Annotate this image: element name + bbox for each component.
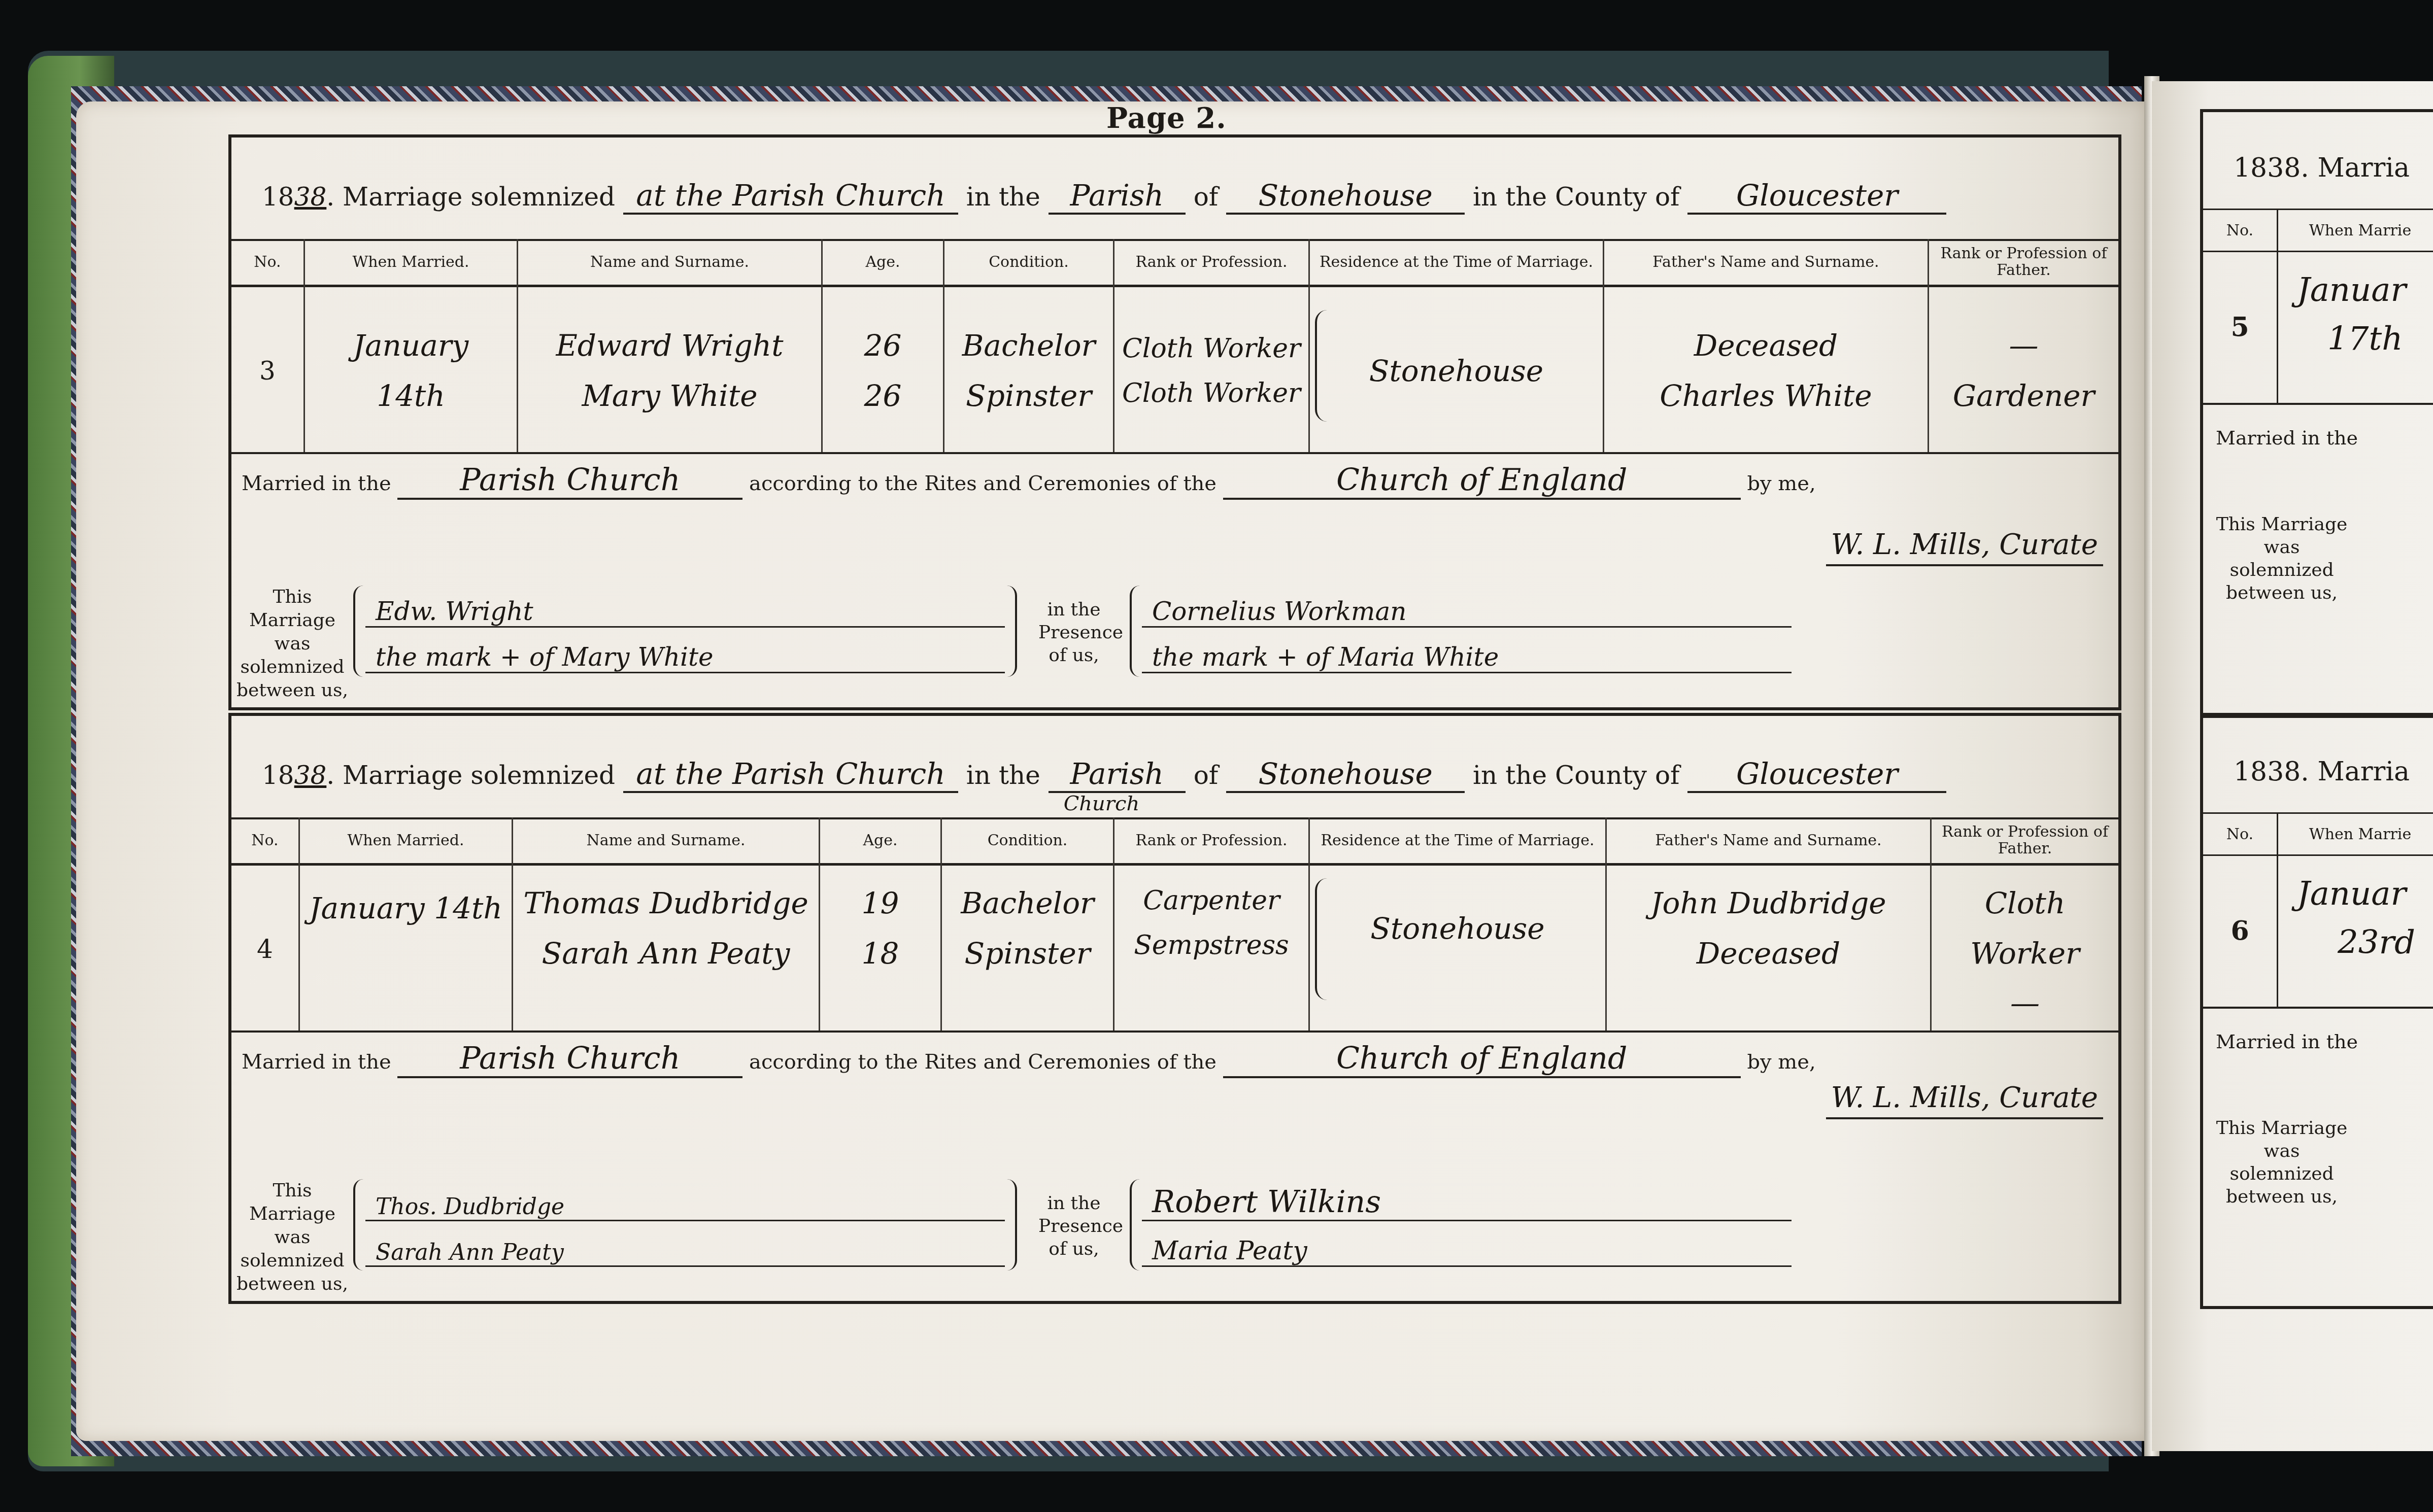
date: January 14th <box>300 868 512 1030</box>
col-father-rank: Rank or Profession of Father. Cloth Work… <box>1932 817 2118 1030</box>
parties-signatures: Thos. Dudbridge Sarah Ann Peaty <box>353 1179 1017 1270</box>
groom-father-rank: — <box>2009 321 2039 371</box>
col-when-married: When Married. January 14th <box>300 817 513 1030</box>
bride-name: Sarah Ann Peaty <box>542 929 790 979</box>
entry-number: 5 <box>2203 251 2277 403</box>
county-name: Gloucester <box>1687 757 1946 793</box>
entry-header: 1838. Marriage solemnized at the Parish … <box>231 138 2118 241</box>
witness-1: Robert Wilkins <box>1142 1179 1792 1221</box>
col-when-married: When Married. January14th <box>305 239 518 452</box>
groom-father: John Dudbridge <box>1650 878 1886 929</box>
this-marriage-label: This Marriagewassolemnizedbetween us, <box>2208 1117 2355 1208</box>
groom-father: Deceased <box>1694 321 1838 371</box>
bride-age: 18 <box>862 929 899 979</box>
residence: Stonehouse <box>1310 290 1603 452</box>
married-in-line: Married in the Parish Church according t… <box>242 462 2108 523</box>
witness-2: Maria Peaty <box>1142 1225 1792 1267</box>
col-condition: Condition. BachelorSpinster <box>944 239 1114 452</box>
this-marriage-label: This Marriagewassolemnizedbetween us, <box>236 1179 348 1296</box>
parties-signatures: Edw. Wright the mark + of Mary White <box>353 586 1017 677</box>
year-prefix: 18 <box>262 182 294 212</box>
signatures: This Marriagewassolemnizedbetween us, Th… <box>236 1169 2113 1291</box>
groom-condition: Bachelor <box>961 878 1094 929</box>
col-age: Age. 1918 <box>820 817 942 1030</box>
married-in-place: Parish Church <box>397 462 742 500</box>
groom-father-rank: Cloth Worker <box>1932 878 2118 978</box>
district-note: Church <box>1064 792 1139 815</box>
date-day: 14th <box>377 371 445 421</box>
in-presence-label: in thePresenceof us, <box>1038 1192 1109 1260</box>
col-age: Age. 2626 <box>823 239 944 452</box>
col-rank: Rank or Profession. CarpenterSempstress <box>1114 817 1310 1030</box>
entry-number: 3 <box>231 290 303 452</box>
entry-number: 4 <box>231 868 298 1030</box>
of-label: of <box>1194 182 1219 212</box>
entry-table: No. 4 When Married. January 14th Name an… <box>231 817 2118 1033</box>
parish-name: Stonehouse <box>1226 178 1465 215</box>
officiant-signature: W. L. Mills, Curate <box>1826 528 2103 566</box>
year-suffix: 38 <box>294 761 327 790</box>
col-no: No. 3 <box>231 239 305 452</box>
officiant-signature: W. L. Mills, Curate <box>1826 1081 2103 1119</box>
this-marriage-label: This Marriagewassolemnizedbetween us, <box>236 586 348 702</box>
groom-age: 19 <box>862 878 899 929</box>
bride-father: Charles White <box>1660 371 1872 421</box>
parish-name: Stonehouse <box>1226 757 1465 793</box>
solemnized-at: at the Parish Church <box>623 178 958 215</box>
county-name: Gloucester <box>1687 178 1946 215</box>
rites-of: Church of England <box>1223 462 1741 500</box>
entry-number: 6 <box>2203 854 2277 1007</box>
col-residence: Residence at the Time of Marriage. Stone… <box>1310 239 1604 452</box>
col-father-name: Father's Name and Surname. DeceasedCharl… <box>1604 239 1929 452</box>
bride-condition: Spinster <box>966 371 1092 421</box>
year-suffix: 38 <box>294 182 327 212</box>
col-residence: Residence at the Time of Marriage. Stone… <box>1310 817 1607 1030</box>
bride-father-rank: Gardener <box>1953 371 2095 421</box>
residence: Stonehouse <box>1310 868 1605 1030</box>
rites-of: Church of England <box>1223 1041 1741 1078</box>
entry-table: No. 3 When Married. January14th Name and… <box>231 239 2118 454</box>
col-father-name: Father's Name and Surname. John Dudbridg… <box>1607 817 1932 1030</box>
bride-signature: Sarah Ann Peaty <box>365 1225 1005 1267</box>
right-page-entry-6: 1838. Marria No.6 When MarrieJanuar23rd … <box>2200 713 2433 1309</box>
groom-signature: Thos. Dudbridge <box>365 1179 1005 1221</box>
in-the-label: in the <box>966 182 1040 212</box>
page-title: Page 2. <box>1106 101 1227 135</box>
groom-signature: Edw. Wright <box>365 586 1005 628</box>
groom-age: 26 <box>864 321 902 371</box>
col-name: Name and Surname. Edward WrightMary Whit… <box>518 239 823 452</box>
bride-signature: the mark + of Mary White <box>365 631 1005 673</box>
col-father-rank: Rank or Profession of Father. —Gardener <box>1929 239 2118 452</box>
marriage-entry-4: 1838. Marriage solemnized at the Parish … <box>228 713 2121 1304</box>
in-presence-label: in thePresenceof us, <box>1038 598 1109 667</box>
groom-rank: Carpenter <box>1143 878 1280 923</box>
county-label: in the County <box>1473 182 1647 212</box>
witness-2: the mark + of Maria White <box>1142 631 1792 673</box>
signatures: This Marriagewassolemnizedbetween us, Ed… <box>236 575 2113 697</box>
this-marriage-label: This Marriagewassolemnizedbetween us, <box>2208 513 2355 604</box>
married-in-place: Parish Church <box>397 1041 742 1078</box>
bride-father-rank: — <box>2010 978 2040 1028</box>
district-type: Parish <box>1049 178 1186 215</box>
bride-rank: Sempstress <box>1134 923 1289 968</box>
bride-age: 26 <box>864 371 902 421</box>
bride-condition: Spinster <box>965 929 1091 979</box>
witnesses-signatures: Cornelius Workman the mark + of Maria Wh… <box>1130 586 1802 677</box>
bride-name: Mary White <box>582 371 757 421</box>
groom-name: Edward Wright <box>556 321 783 371</box>
col-condition: Condition. BachelorSpinster <box>942 817 1114 1030</box>
bride-rank: Cloth Worker <box>1122 371 1301 416</box>
groom-condition: Bachelor <box>962 321 1096 371</box>
witness-1: Cornelius Workman <box>1142 586 1792 628</box>
date-month: January <box>353 321 469 371</box>
entry-header: 1838. Marriage solemnized at the Parish … <box>231 716 2118 819</box>
witnesses-signatures: Robert Wilkins Maria Peaty <box>1130 1179 1802 1270</box>
bride-father: Deceased <box>1697 929 1840 979</box>
col-no: No. 4 <box>231 817 300 1030</box>
solemnized-at: at the Parish Church <box>623 757 958 793</box>
col-name: Name and Surname. Thomas DudbridgeSarah … <box>513 817 820 1030</box>
right-page-entry-5: 1838. Marria No.5 When MarrieJanuar17th … <box>2200 109 2433 718</box>
solemnized-label: . Marriage solemnized <box>326 182 615 212</box>
groom-name: Thomas Dudbridge <box>523 878 808 929</box>
groom-rank: Cloth Worker <box>1122 326 1301 371</box>
marriage-entry-3: 1838. Marriage solemnized at the Parish … <box>228 134 2121 710</box>
district-type: ParishChurch <box>1049 757 1186 793</box>
of-label: of <box>1655 182 1680 212</box>
col-rank: Rank or Profession. Cloth WorkerCloth Wo… <box>1114 239 1310 452</box>
